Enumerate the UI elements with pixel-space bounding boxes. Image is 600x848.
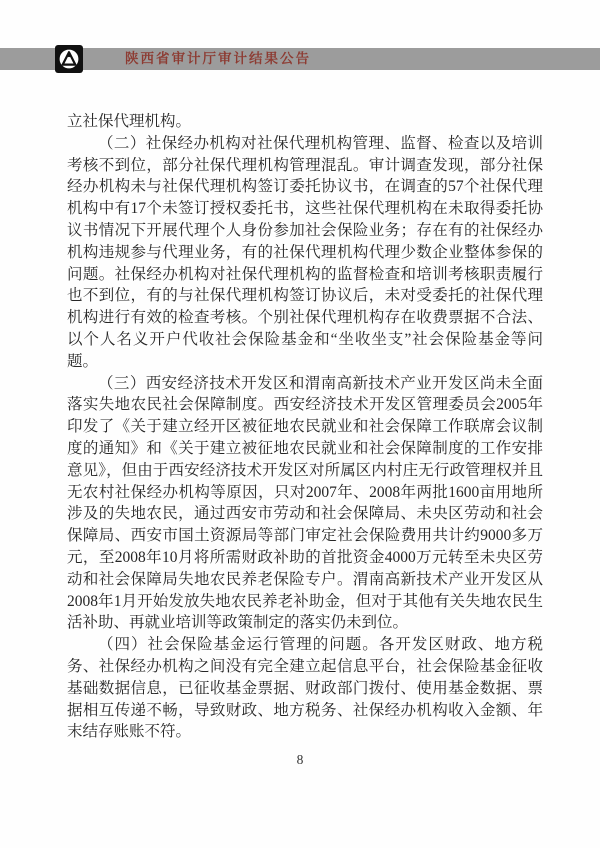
- audit-emblem-icon: [55, 45, 83, 73]
- page-number: 8: [0, 752, 600, 768]
- document-page: 陕西省审计厅审计结果公告 立社保代理机构。（二）社保经办机构对社保代理机构管理、…: [0, 0, 600, 848]
- document-body: 立社保代理机构。（二）社保经办机构对社保代理机构管理、监督、检查以及培训考核不到…: [67, 111, 543, 743]
- paragraph: 立社保代理机构。: [67, 111, 543, 133]
- header-title: 陕西省审计厅审计结果公告: [125, 51, 311, 67]
- paragraph: （三）西安经济技术开发区和渭南高新技术产业开发区尚未全面落实失地农民社会保障制度…: [67, 373, 543, 635]
- paragraph: （二）社保经办机构对社保代理机构管理、监督、检查以及培训考核不到位，部分社保代理…: [67, 133, 543, 373]
- paragraph: （四）社会保险基金运行管理的问题。各开发区财政、地方税务、社保经办机构之间没有完…: [67, 634, 543, 743]
